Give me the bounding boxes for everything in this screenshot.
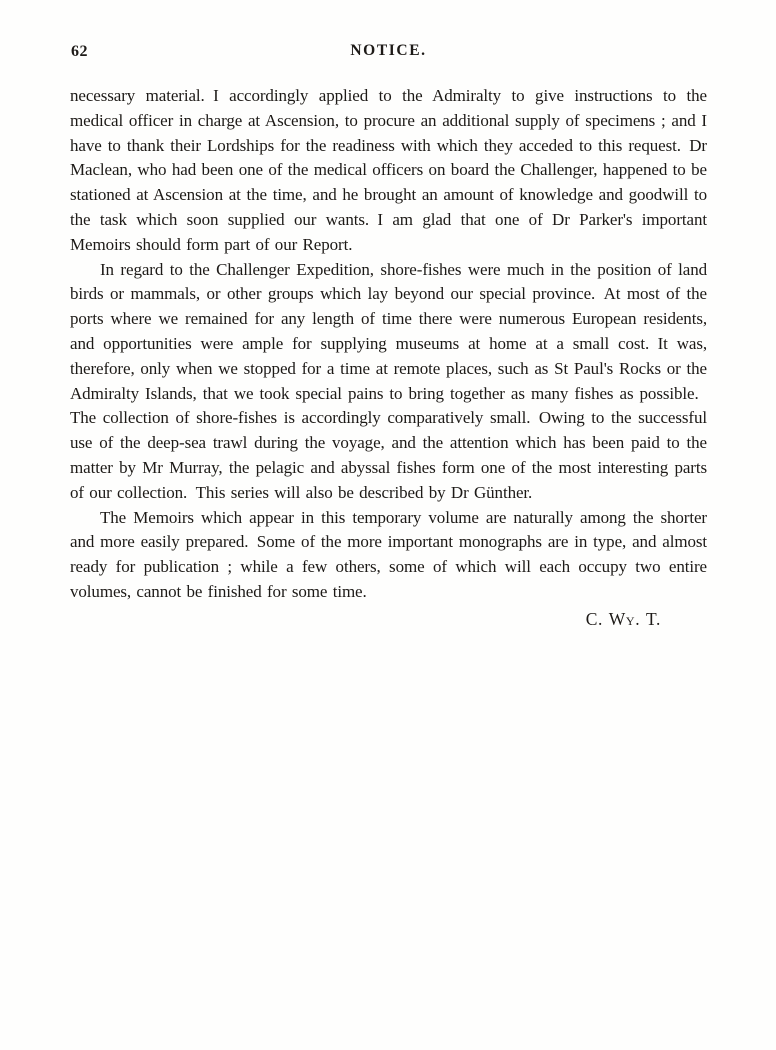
paragraph-3: The Memoirs which appear in this tempora… <box>70 506 707 605</box>
text-block: necessary material. I accordingly applie… <box>70 84 707 632</box>
paragraph-2: In regard to the Challenger Expedition, … <box>70 258 707 506</box>
running-header: 62 NOTICE. <box>70 42 707 62</box>
running-title: NOTICE. <box>70 42 707 60</box>
page-number: 62 <box>71 43 88 61</box>
book-page: 62 NOTICE. necessary material. I accordi… <box>0 0 776 1050</box>
paragraph-1: necessary material. I accordingly applie… <box>70 84 707 258</box>
signature: C. Wy. T. <box>70 607 707 632</box>
